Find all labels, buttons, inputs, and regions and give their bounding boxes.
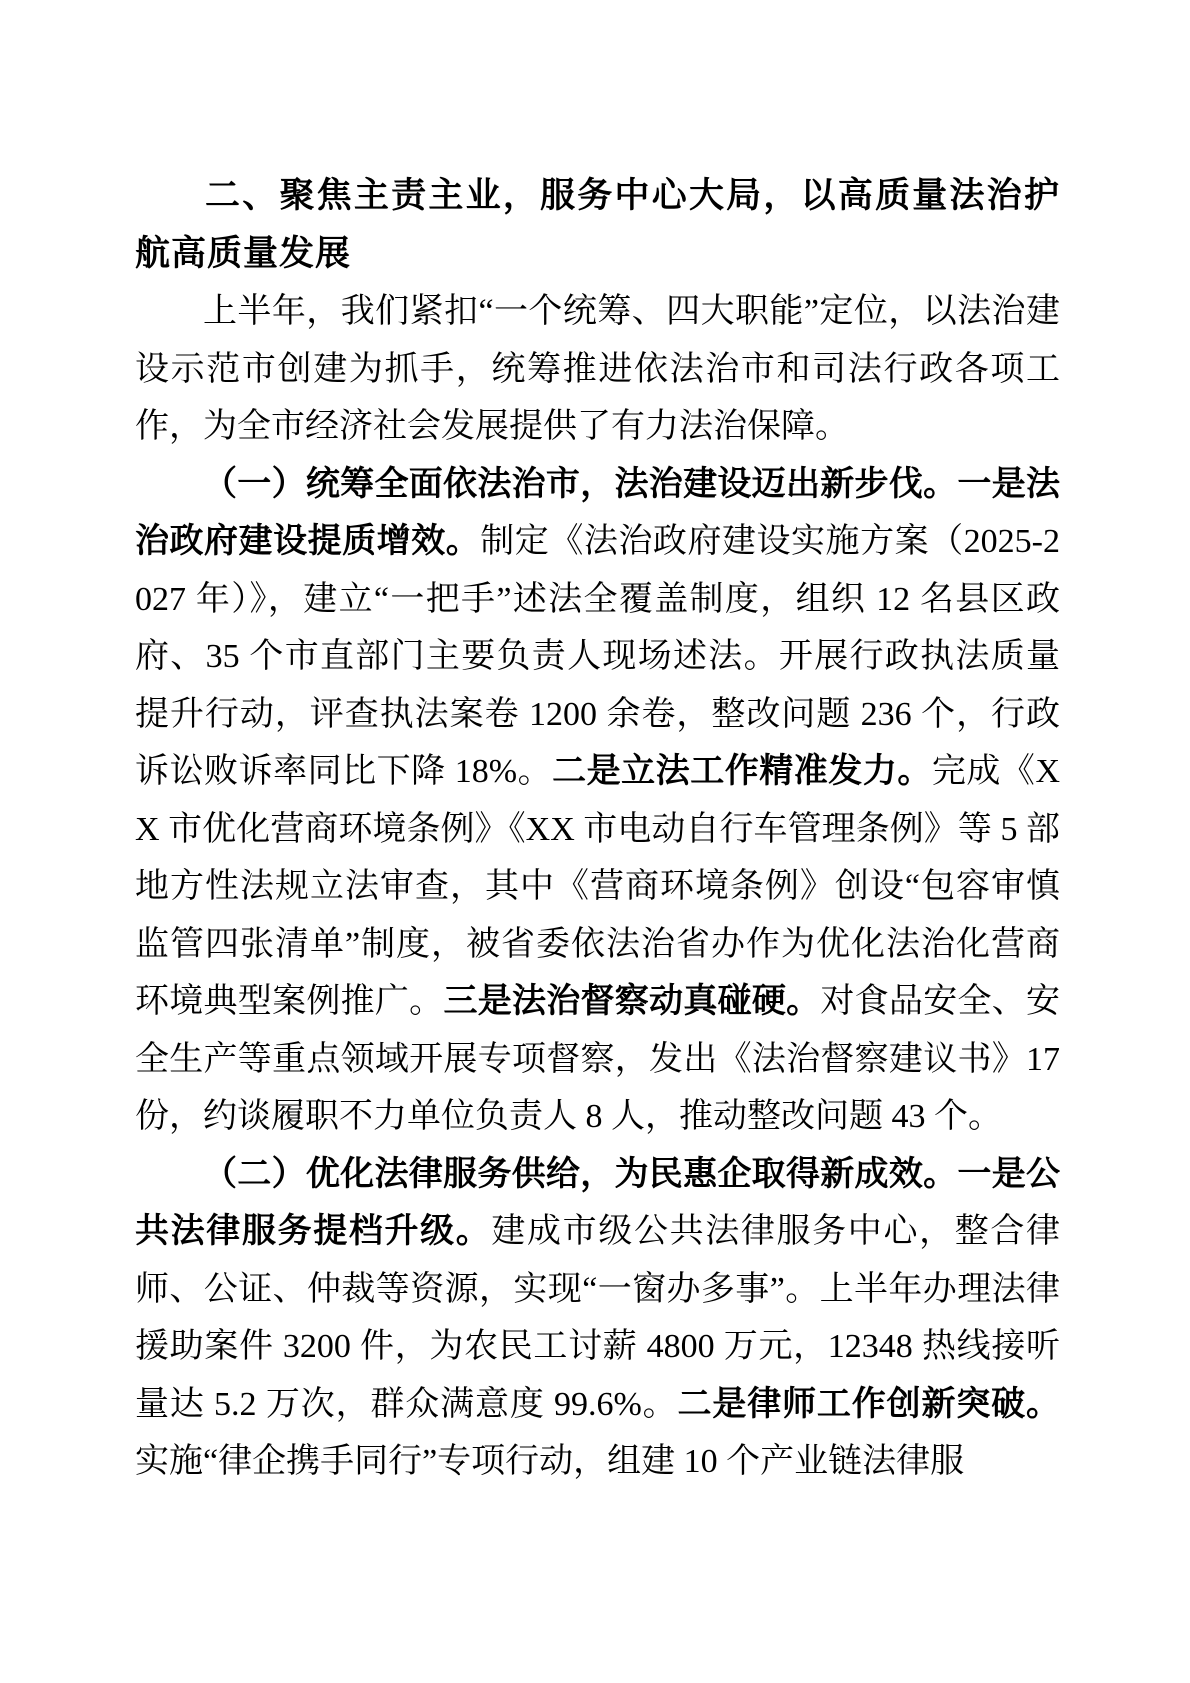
document-page: 二、聚焦主责主业，服务中心大局，以高质量法治护航高质量发展 上半年，我们紧扣“一…: [0, 0, 1190, 1683]
emphasis-text-segment: （二）优化法律服务供给，为民惠企取得新成效。: [203, 1156, 957, 1193]
paragraph: 上半年，我们紧扣“一个统筹、四大职能”定位，以法治建设示范市创建为抓手，统筹推进…: [135, 283, 1060, 456]
paragraph: （二）优化法律服务供给，为民惠企取得新成效。一是公共法律服务提档升级。建成市级公…: [135, 1146, 1060, 1491]
document-body: 上半年，我们紧扣“一个统筹、四大职能”定位，以法治建设示范市创建为抓手，统筹推进…: [135, 283, 1060, 1491]
text-segment: 完成《XX 市优化营商环境条例》《XX 市电动自行车管理条例》等 5 部地方性法…: [135, 753, 1060, 1020]
emphasis-text-segment: 三是法治督察动真碰硬。: [443, 983, 820, 1020]
emphasis-text-segment: （一）统筹全面依法治市，法治建设迈出新步伐。: [203, 466, 957, 503]
text-segment: 上半年，我们紧扣“一个统筹、四大职能”定位，以法治建设示范市创建为抓手，统筹推进…: [135, 293, 1060, 445]
paragraph: （一）统筹全面依法治市，法治建设迈出新步伐。一是法治政府建设提质增效。制定《法治…: [135, 456, 1060, 1146]
emphasis-text-segment: 二是立法工作精准发力。: [552, 753, 932, 790]
emphasis-text-segment: 二是律师工作创新突破。: [678, 1386, 1060, 1423]
text-segment: 实施“律企携手同行”专项行动，组建 10 个产业链法律服: [135, 1443, 964, 1480]
section-heading: 二、聚焦主责主业，服务中心大局，以高质量法治护航高质量发展: [135, 168, 1060, 283]
text-segment: 制定《法治政府建设实施方案（2025-2027 年）》，建立“一把手”述法全覆盖…: [135, 523, 1060, 790]
